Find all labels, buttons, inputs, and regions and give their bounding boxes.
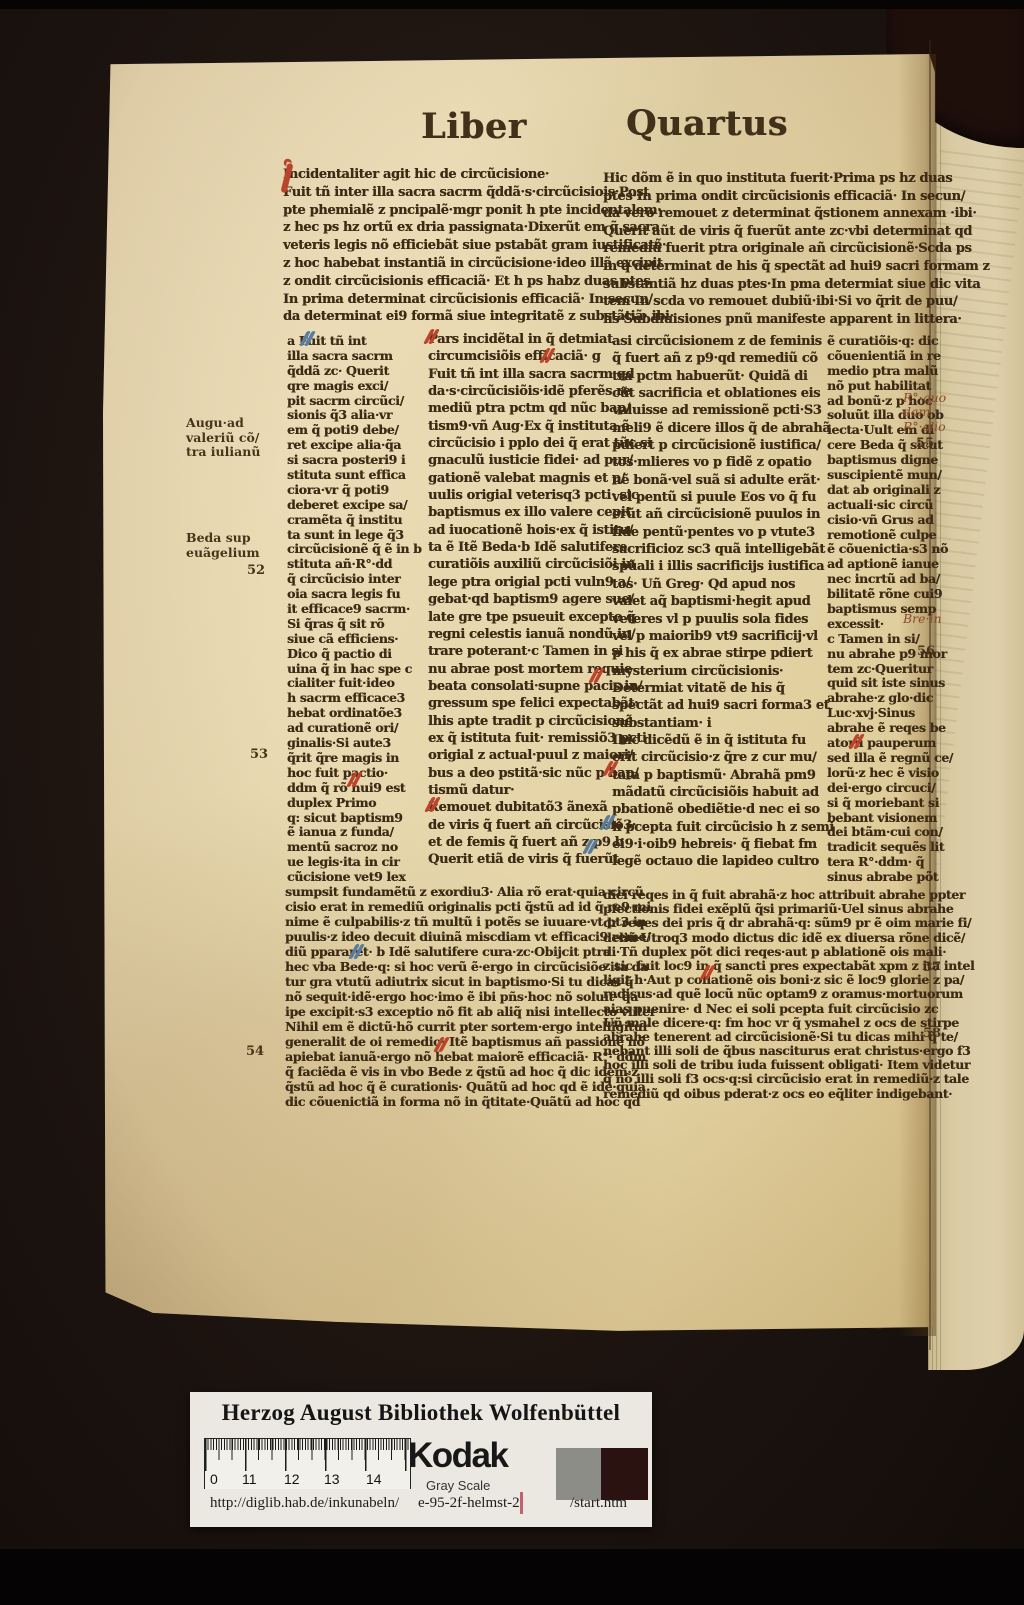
text-line: tos· Uñ Greg· Qd apud nos bbox=[612, 576, 834, 593]
running-title-liber: Liber bbox=[421, 106, 527, 147]
text-line: Determiat vitatẽ de his q̃ bbox=[612, 680, 834, 697]
text-line: dici reqes in q̃ fuit abrahã·z hoc attri… bbox=[603, 888, 974, 902]
text-line: bilitatẽ rõne cui9 bbox=[827, 587, 953, 602]
text-line: ligit h·Aut p collationẽ ois boni·z sic … bbox=[603, 973, 974, 987]
text-line: valet aq̃ baptismi·hegit apud bbox=[612, 593, 834, 610]
text-line: q̃ddã zc· Querit bbox=[287, 364, 422, 379]
text-line: erit circũcisio·z q̃re z cur mu/ bbox=[612, 749, 834, 766]
text-line: cũt sacrificia et oblationes eis bbox=[612, 385, 834, 402]
text-line: tra pctm habuerũt· Quidã di bbox=[612, 368, 834, 385]
text-line: abrahe tenerent ad circũcisionẽ·Si tu di… bbox=[603, 1030, 974, 1044]
text-line: q̃ circũcisio inter bbox=[287, 572, 422, 587]
text-line: si sacra posteri9 i bbox=[287, 453, 422, 468]
text-line: substantiã hz duas ptes·In pma determiat… bbox=[603, 276, 990, 294]
text-line: si q̃ moriebant si bbox=[827, 796, 953, 811]
text-line: tera R°·ddm· q̃ bbox=[827, 855, 953, 870]
text-line: in q̃ determinat de his q̃ spectãt ad hu… bbox=[603, 258, 990, 276]
grayscale-patch-dark bbox=[601, 1448, 648, 1500]
text-line: cialiter fuit·ideo bbox=[287, 676, 422, 691]
text-line: pbationẽ obediẽtie·d nec ei so bbox=[612, 801, 834, 818]
margin-annotation-bre-in: Bre·in bbox=[903, 611, 942, 626]
text-line: diũ ppararet· b Idẽ salutifere cura·zc·O… bbox=[285, 944, 656, 959]
section-number-55: 55 bbox=[916, 436, 934, 451]
text-line: aias puenire· d Nec ei soli pcepta fuit … bbox=[603, 1002, 974, 1016]
text-line: stituta añ·R°·dd bbox=[287, 557, 422, 572]
text-line: radisus·ad quẽ locũ nũc optam9 z oramus·… bbox=[603, 987, 974, 1001]
bottom-right-block: dici reqes in q̃ fuit abrahã·z hoc attri… bbox=[603, 888, 974, 1101]
text-line: bebant visionem bbox=[827, 811, 953, 826]
text-line: di·Tñ duplex põt dici reqes·aut p ablati… bbox=[603, 945, 974, 959]
text-line: illa sacra sacrm bbox=[287, 349, 422, 364]
rubric-mark-icon bbox=[703, 965, 713, 981]
text-line: oia sacra legis fu bbox=[287, 587, 422, 602]
text-line: substantiam· i bbox=[612, 715, 834, 732]
text-line: h sacrm efficace3 bbox=[287, 691, 422, 706]
text-line: sinus abrabe põt bbox=[827, 870, 953, 885]
rubric-mark-icon bbox=[543, 348, 553, 364]
rubric-mark-icon bbox=[303, 331, 313, 347]
text-line: ẽ ianua z funda/ bbox=[287, 825, 422, 840]
text-line: sacrificioz sc3 quã intelligebãt bbox=[612, 541, 834, 558]
text-line: ipe excipit·s3 exceptio nõ fit ab aliq̃ … bbox=[285, 1004, 656, 1019]
text-line: cere Beda q̃ sicut bbox=[827, 438, 953, 453]
ruler-number: 11 bbox=[242, 1471, 257, 1487]
text-line: Uñ male dicere·q: fm hoc vr q̃ ysmahel z… bbox=[603, 1016, 974, 1030]
text-line: q̃ nõ illi soli f3 ocs·q:si circũcisio e… bbox=[603, 1072, 974, 1086]
text-line: Nihil em ẽ dictũ·hõ currit pter sortem·e… bbox=[285, 1019, 656, 1034]
start-page-path: /start.htm bbox=[570, 1495, 627, 1512]
text-line: tem·In scda vo remouet dubiũ·ibi·Si vo q… bbox=[603, 293, 990, 311]
text-line: cramẽta q̃ institu bbox=[287, 513, 422, 528]
text-line: li pcepta fuit circũcisio h z semi bbox=[612, 819, 834, 836]
text-line: Querit aũt de viris q̃ fuerũt ante zc·vb… bbox=[603, 223, 990, 241]
intro-right-paragraph: Hic dõm ẽ in quo instituta fuerit·Prima … bbox=[603, 170, 990, 328]
text-line: circũcisionẽ q̃ ẽ in b bbox=[287, 542, 422, 557]
text-line: deliũ·Utroq3 modo dictus dic idẽ ex diue… bbox=[603, 931, 974, 945]
text-line: mãdatũ circũcisiõis habuit ad bbox=[612, 784, 834, 801]
text-line: cũcisione vet9 lex bbox=[287, 870, 422, 885]
text-line: nẽ bonã·vel suã si adulte erãt· bbox=[612, 472, 834, 489]
ruler-number: 12 bbox=[284, 1471, 300, 1487]
text-line: erũt añ circũcisionẽ puulos in bbox=[612, 506, 834, 523]
text-line: sed illa ẽ regnũ ce/ bbox=[827, 751, 953, 766]
text-line: ginalis·Si aute3 bbox=[287, 736, 422, 751]
text-line: hec vba Bede·q: si hoc verũ ẽ·ergo in ci… bbox=[285, 959, 656, 974]
margin-note-beda: Beda supeuãgelium bbox=[186, 531, 260, 560]
text-line: nõ sequit·idẽ·ergo hoc·imo ẽ ibi pñs·hoc… bbox=[285, 989, 656, 1004]
section-number-58: 58 bbox=[923, 1026, 941, 1041]
text-line: pfectionis fidei exẽplũ q̃si primariũ·Ue… bbox=[603, 902, 974, 916]
text-line: q̃stũ ad hoc q̃ ẽ curationis· Quãtũ ad h… bbox=[285, 1079, 656, 1094]
rubric-mark-icon bbox=[603, 815, 613, 831]
text-line: valeriũ cõ/ bbox=[186, 431, 260, 446]
rubric-mark-icon bbox=[852, 734, 862, 750]
text-line: spectãt ad hui9 sacri forma3 et bbox=[612, 697, 834, 714]
text-line: ẽ cõuenictia·s3 nõ bbox=[827, 542, 953, 557]
text-line: z sic fuit loc9 in q̃ sancti pres expect… bbox=[603, 959, 974, 973]
text-line: puulis·z ideo decuit diuinã miscdiam vt … bbox=[285, 929, 656, 944]
text-line: dei btãm·cui con/ bbox=[827, 825, 953, 840]
text-line: nebant illi soli de q̃bus nasciturus era… bbox=[603, 1044, 974, 1058]
rubric-mark-icon bbox=[427, 329, 437, 345]
text-line: baptismus digne bbox=[827, 453, 953, 468]
text-line: mysterium circũcisionis· bbox=[612, 663, 834, 680]
label-url-row: http://diglib.hab.de/inkunabeln/ e-95-2f… bbox=[190, 1495, 652, 1519]
text-line: remediũ fuerit ptra originale añ circũci… bbox=[603, 240, 990, 258]
rubric-mark-icon bbox=[592, 668, 602, 684]
text-line: remotionẽ culpe bbox=[827, 528, 953, 543]
bottom-black-strip bbox=[0, 1549, 1024, 1605]
library-name: Herzog August Bibliothek Wolfenbüttel bbox=[190, 1400, 652, 1426]
text-line: nec incrtũ ad ba/ bbox=[827, 572, 953, 587]
ruler-number: 14 bbox=[366, 1471, 382, 1487]
text-line: spũali i illis sacrificijs iustifica bbox=[612, 558, 834, 575]
rubric-mark-icon bbox=[350, 772, 360, 788]
rubric-mark-icon bbox=[352, 944, 362, 960]
kodak-wordmark: Kodak bbox=[408, 1436, 507, 1476]
text-line: tata p baptismũ· Abrahã pm9 bbox=[612, 767, 834, 784]
text-line: actuali·sic circũ bbox=[827, 498, 953, 513]
text-line: vel pentũ si puule Eos vo q̃ fu bbox=[612, 489, 834, 506]
shelfmark: e-95-2f-helmst-2 bbox=[418, 1495, 520, 1512]
rubric-mark-icon bbox=[428, 797, 438, 813]
bottom-left-block: sumpsit fundamẽtũ z exordiu3· Alia rõ er… bbox=[285, 884, 656, 1109]
text-line: cisio erat in remediũ originalis pcti q̃… bbox=[285, 899, 656, 914]
text-line: tradicit sequẽs lit bbox=[827, 840, 953, 855]
text-line: q̃ faciẽda ẽ vis in vbo Bede z q̃stũ ad … bbox=[285, 1064, 656, 1079]
text-line: Ihic dicẽdũ ẽ in q̃ istituta fu bbox=[612, 732, 834, 749]
text-line: meli9 ẽ dicere illos q̃ de abrahã bbox=[612, 420, 834, 437]
page-content: Liber Quartus Incidentaliter agit hic de… bbox=[0, 0, 1024, 1605]
text-line: valuisse ad remissionẽ pcti·S3 bbox=[612, 402, 834, 419]
text-line: pit sacrm circũci/ bbox=[287, 394, 422, 409]
grayscale-caption: Gray Scale bbox=[426, 1478, 490, 1493]
text-line: remediũ qd oibus pderat·z ocs eo eq̃lite… bbox=[603, 1087, 974, 1101]
text-line: abrahe ẽ reqes be bbox=[827, 721, 953, 736]
text-line: q: sicut baptism9 bbox=[287, 811, 422, 826]
text-line: q̃ fuert añ z p9·qd remediũ cõ bbox=[612, 350, 834, 367]
text-line: lorũ·z hec ẽ visio bbox=[827, 766, 953, 781]
text-line: Beda sup bbox=[186, 531, 260, 546]
text-line: ciora·vr q̃ poti9 bbox=[287, 483, 422, 498]
running-title-quartus: Quartus bbox=[626, 103, 788, 144]
ruler-number: 0 bbox=[210, 1471, 218, 1487]
rubric-mark-icon bbox=[586, 839, 596, 855]
text-line: dei·ergo circuci/ bbox=[827, 781, 953, 796]
text-line: mentũ sacroz no bbox=[287, 840, 422, 855]
text-line: sumpsit fundamẽtũ z exordiu3· Alia rõ er… bbox=[285, 884, 656, 899]
text-line: it efficace9 sacrm· bbox=[287, 602, 422, 617]
text-line: ptes·In prima ondit circũcisionis effica… bbox=[603, 188, 990, 206]
text-line: ta sunt in lege q̃3 bbox=[287, 528, 422, 543]
text-line: generalit de oi remedio· Itẽ baptismus a… bbox=[285, 1034, 656, 1049]
text-line: fide pentũ·pentes vo p vtute3 bbox=[612, 524, 834, 541]
text-line: nime ẽ culpabilis·z tñ multũ i potẽs se … bbox=[285, 914, 656, 929]
margin-annotation-r-quodam: R°·quo bbox=[903, 390, 946, 405]
text-line: ad aptionẽ ianue bbox=[827, 557, 953, 572]
text-line: veteres vl p puulis sola fides bbox=[612, 611, 834, 628]
text-line: suscipientẽ mun/ bbox=[827, 468, 953, 483]
ruler-ticks bbox=[205, 1439, 410, 1471]
text-line: abrahe·z glo·dic bbox=[827, 691, 953, 706]
section-number-56: 56 bbox=[917, 644, 935, 659]
text-line: tos·mlieres vo p fidẽ z opatio bbox=[612, 454, 834, 471]
text-line: ret excipe alia·q̃a bbox=[287, 438, 422, 453]
text-line: tem zc·Queritur bbox=[827, 662, 953, 677]
text-line: atorũ pauperum bbox=[827, 736, 953, 751]
text-line: ei9·i·oib9 hebreis· q̃ fiebat fm bbox=[612, 836, 834, 853]
text-line: stituta sunt effica bbox=[287, 468, 422, 483]
text-line: lis·Subdiuisiones pnũ manifeste apparent… bbox=[603, 311, 990, 329]
text-line: duplex Primo bbox=[287, 796, 422, 811]
ruler-number: 13 bbox=[324, 1471, 340, 1487]
text-line: Si q̃ras q̃ sit rõ bbox=[287, 617, 422, 632]
text-line: asi circũcisionem z de feminis bbox=[612, 333, 834, 350]
text-line: cisio·vñ Grus ad bbox=[827, 513, 953, 528]
text-line: tra iulianũ bbox=[186, 445, 260, 460]
text-line: legẽ octauo die lapideo cultro bbox=[612, 853, 834, 870]
text-line: dat ab originali z bbox=[827, 483, 953, 498]
main-column-right: asi circũcisionem z de feminisq̃ fuert a… bbox=[612, 333, 834, 871]
gloss-right-column: ẽ curatiõis·q: diccõuenientiã in remedio… bbox=[827, 334, 953, 885]
text-line: uina q̃ in hac spe c bbox=[287, 662, 422, 677]
text-line: q̃rit q̃re magis in bbox=[287, 751, 422, 766]
ruler-numbers: 011121314 bbox=[205, 1471, 410, 1489]
text-line: Luc·xvj·Sinus bbox=[827, 706, 953, 721]
text-line: hebat ordinatõe3 bbox=[287, 706, 422, 721]
text-line: dic cõuenictiã in forma nõ in q̃titate·Q… bbox=[285, 1094, 656, 1109]
text-line: siue cã efficiens· bbox=[287, 632, 422, 647]
section-number-57: 57 bbox=[923, 960, 941, 975]
text-line: hoc illi soli de tribu iuda fuissent obl… bbox=[603, 1058, 974, 1072]
library-label: Herzog August Bibliothek Wolfenbüttel 01… bbox=[190, 1392, 652, 1527]
margin-annotation-dam: dam bbox=[903, 404, 930, 419]
text-line: ad curationẽ ori/ bbox=[287, 721, 422, 736]
text-line: ue legis·ita in cir bbox=[287, 855, 422, 870]
gloss-left-column: a Fuit tñ intilla sacra sacrmq̃ddã zc· Q… bbox=[287, 334, 422, 885]
text-line: cõuenientiã in re bbox=[827, 349, 953, 364]
section-number-53: 53 bbox=[250, 747, 268, 762]
text-line: apiebat ianuã·ergo nõ hebat maiorẽ effic… bbox=[285, 1049, 656, 1064]
text-line: sionis q̃3 alia·vr bbox=[287, 408, 422, 423]
text-line: qre magis exci/ bbox=[287, 379, 422, 394]
text-line: dr reqes dei pris q̃ dr abrahã·q: sũm9 p… bbox=[603, 916, 974, 930]
text-line: medio ptra malũ bbox=[827, 364, 953, 379]
section-number-54: 54 bbox=[246, 1044, 264, 1059]
text-line: em q̃ poti9 debe/ bbox=[287, 423, 422, 438]
rubric-mark-icon bbox=[606, 761, 616, 777]
text-line: p his q̃ ex abrae stirpe pdiert bbox=[612, 645, 834, 662]
text-line: da vero remouet z determinat q̃stionem a… bbox=[603, 205, 990, 223]
text-line: tur gra vtutũ adiutrix sicut in baptismo… bbox=[285, 974, 656, 989]
section-number-52: 52 bbox=[247, 563, 265, 578]
text-line: Augu·ad bbox=[186, 416, 260, 431]
text-line: ẽ curatiõis·q: dic bbox=[827, 334, 953, 349]
text-line: Hic dõm ẽ in quo instituta fuerit·Prima … bbox=[603, 170, 990, 188]
text-line: deberet excipe sa/ bbox=[287, 498, 422, 513]
text-line: vel p maiorib9 vt9 sacrificij·vl bbox=[612, 628, 834, 645]
margin-annotation-r-alio: R°·alio bbox=[903, 419, 946, 434]
measurement-ruler: 011121314 bbox=[204, 1438, 411, 1489]
text-line: euãgelium bbox=[186, 546, 260, 561]
photo-stage: Liber Quartus Incidentaliter agit hic de… bbox=[0, 0, 1024, 1605]
digitization-url: http://diglib.hab.de/inkunabeln/ bbox=[210, 1495, 399, 1512]
text-line: pdiert p circũcisionẽ iustifica/ bbox=[612, 437, 834, 454]
rubric-mark-icon bbox=[437, 1037, 447, 1053]
text-line: quid sit iste sinus bbox=[827, 676, 953, 691]
grayscale-patch-gray bbox=[556, 1448, 601, 1500]
margin-note-augustine: Augu·advaleriũ cõ/tra iulianũ bbox=[186, 416, 260, 460]
text-line: Dico q̃ pactio di bbox=[287, 647, 422, 662]
